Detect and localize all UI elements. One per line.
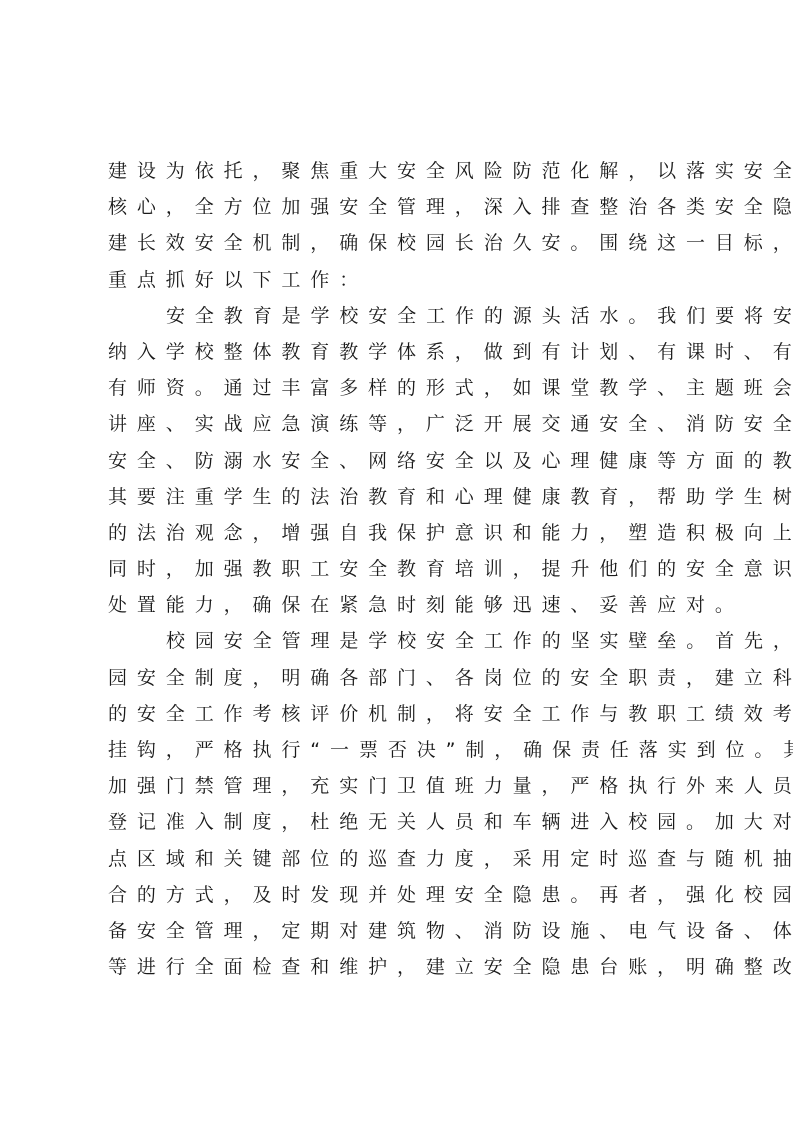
text-line: 备安全管理，定期对建筑物、消防设施、电气设备、体育器材 <box>108 913 688 949</box>
text-line: 重点抓好以下工作： <box>108 262 688 298</box>
text-line: 登记准入制度，杜绝无关人员和车辆进入校园。加大对校园重 <box>108 804 688 840</box>
text-line: 讲座、实战应急演练等，广泛开展交通安全、消防安全、食品 <box>108 406 688 442</box>
text-line: 纳入学校整体教育教学体系，做到有计划、有课时、有教材、 <box>108 334 688 370</box>
text-line: 校园安全管理是学校安全工作的坚实壁垒。首先，完善校 <box>108 623 688 659</box>
text-line: 园安全制度，明确各部门、各岗位的安全职责，建立科学合理 <box>108 660 688 696</box>
text-line: 安全、防溺水安全、网络安全以及心理健康等方面的教育。尤 <box>108 443 688 479</box>
paragraph-intro: 建设为依托，聚焦重大安全风险防范化解，以落实安全责任为 核心，全方位加强安全管理… <box>108 153 688 298</box>
text-line: 的法治观念，增强自我保护意识和能力，塑造积极向上的心态。 <box>108 515 688 551</box>
text-line: 的安全工作考核评价机制，将安全工作与教职工绩效考核紧密 <box>108 696 688 732</box>
text-line: 其要注重学生的法治教育和心理健康教育，帮助学生树立正确 <box>108 479 688 515</box>
text-line: 等进行全面检查和维护，建立安全隐患台账，明确整改责任人、 <box>108 949 688 985</box>
text-line: 有师资。通过丰富多样的形式，如课堂教学、主题班会、专题 <box>108 370 688 406</box>
text-line: 建设为依托，聚焦重大安全风险防范化解，以落实安全责任为 <box>108 153 688 189</box>
text-line: 建长效安全机制，确保校园长治久安。围绕这一目标，我们要 <box>108 225 688 261</box>
text-line: 安全教育是学校安全工作的源头活水。我们要将安全教育 <box>108 298 688 334</box>
document-body: 建设为依托，聚焦重大安全风险防范化解，以落实安全责任为 核心，全方位加强安全管理… <box>108 153 688 985</box>
text-line: 核心，全方位加强安全管理，深入排查整治各类安全隐患，构 <box>108 189 688 225</box>
text-line: 加强门禁管理，充实门卫值班力量，严格执行外来人员和车辆 <box>108 768 688 804</box>
document-page: 建设为依托，聚焦重大安全风险防范化解，以落实安全责任为 核心，全方位加强安全管理… <box>0 0 793 1122</box>
text-line: 同时，加强教职工安全教育培训，提升他们的安全意识和应急 <box>108 551 688 587</box>
paragraph-safety-management: 校园安全管理是学校安全工作的坚实壁垒。首先，完善校 园安全制度，明确各部门、各岗… <box>108 623 688 985</box>
text-line: 挂钩，严格执行“一票否决”制，确保责任落实到位。其次， <box>108 732 688 768</box>
text-line: 合的方式，及时发现并处理安全隐患。再者，强化校园设施设 <box>108 877 688 913</box>
text-line: 点区域和关键部位的巡查力度，采用定时巡查与随机抽查相结 <box>108 841 688 877</box>
text-line: 处置能力，确保在紧急时刻能够迅速、妥善应对。 <box>108 587 688 623</box>
paragraph-safety-education: 安全教育是学校安全工作的源头活水。我们要将安全教育 纳入学校整体教育教学体系，做… <box>108 298 688 624</box>
